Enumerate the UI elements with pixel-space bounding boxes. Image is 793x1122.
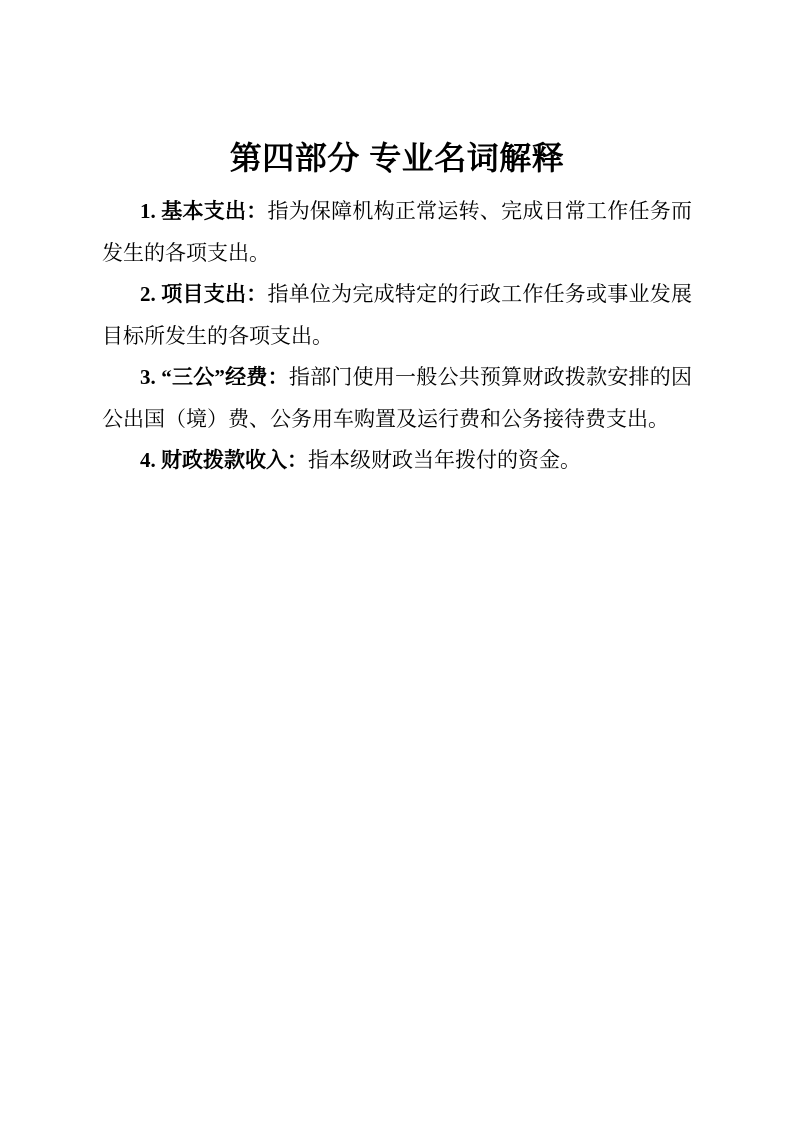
term-definition: 指本级财政当年拨付的资金。 — [308, 448, 581, 472]
term-label: 3. “三公”经费： — [140, 365, 289, 389]
page-title: 第四部分 专业名词解释 — [102, 136, 692, 180]
definition-paragraph: 2. 项目支出：指单位为完成特定的行政工作任务或事业发展目标所发生的各项支出。 — [102, 274, 692, 357]
term-label: 2. 项目支出： — [140, 282, 267, 306]
definition-paragraph: 1. 基本支出：指为保障机构正常运转、完成日常工作任务而发生的各项支出。 — [102, 191, 692, 274]
term-label: 4. 财政拨款收入： — [140, 448, 308, 472]
definition-paragraph: 4. 财政拨款收入：指本级财政当年拨付的资金。 — [102, 440, 692, 482]
definitions-list: 1. 基本支出：指为保障机构正常运转、完成日常工作任务而发生的各项支出。 2. … — [102, 191, 692, 482]
definition-paragraph: 3. “三公”经费：指部门使用一般公共预算财政拨款安排的因公出国（境）费、公务用… — [102, 357, 692, 440]
term-label: 1. 基本支出： — [140, 199, 267, 223]
document-page: 第四部分 专业名词解释 1. 基本支出：指为保障机构正常运转、完成日常工作任务而… — [0, 0, 793, 1122]
